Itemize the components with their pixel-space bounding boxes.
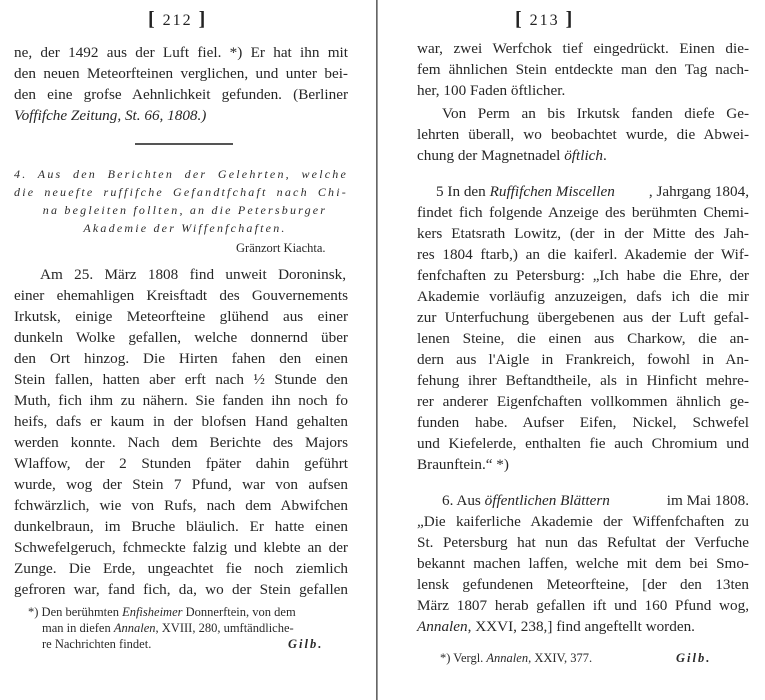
text-line: werden konnte. Nach dem Berichte des Maj… [14,432,348,453]
text-line: „Die kaiferliche Akademie der Wiffenfcha… [417,511,749,532]
place-line: Gränzort Kiachta. [236,240,326,256]
text-line: Zunge. Die Erde, ungeachtet fie noch zie… [14,558,348,579]
text-line: war, zwei Werfchok tief eingedrückt. Ein… [417,38,749,59]
text-line: lensk gefundenen Meteorfteine, [der den … [417,574,749,595]
text-line: chung der Magnetnadel öftlich. [417,145,607,166]
text-line: Akademie vorläufig anzuzeigen, dafs ich … [417,286,749,307]
text-line: findet fich folgende Anzeige des berühmt… [417,202,749,223]
text-line: dunkelbraun, im Bruche bläulich. Er hatt… [14,516,348,537]
text-line: fem ähnlichen Stein entdeckte man den Ta… [417,59,749,80]
text-line: Am 25. März 1808 find unweit Doroninsk, [40,264,346,285]
book-gutter [376,0,378,700]
text-line: einer ehemahligen Kreisftadt des Gouvern… [14,285,348,306]
footnote-line: *) Den berühmten Enfisheimer Donnerftein… [28,604,296,620]
text-line: Stein fallen, hatten aber erft nach ½ St… [14,369,348,390]
text-line: fenfchaften zu Petersburg: „Ich habe die… [417,265,749,286]
text-line: 5 In den Ruffifchen Miscellen, Jahrgang … [436,181,749,202]
footnote-line: *) Vergl. Annalen, XXIV, 377. [440,650,592,666]
text-line: lehrten überall, wo beobachtet wurde, di… [417,124,749,145]
right-page: [ 213 ] war, zwei Werfchok tief eingedrü… [380,0,765,700]
text-line: her, 100 Faden öftlicher. [417,80,565,101]
page-number-left: [ 212 ] [148,8,207,31]
text-line: Annalen, XXVI, 238,] find angeftellt wor… [417,616,749,637]
text-line: ne, der 1492 aus der Luft fiel. *) Er ha… [14,42,348,63]
text-line: fchwärzlich, wie von Rufs, nach dem Abwi… [14,495,348,516]
text-line: 6. Aus öffentlichen Blättern im Mai 1808… [442,490,749,511]
text-line: März 1807 herab gefallen ift und 160 Pfu… [417,595,749,616]
text-line: lenen Steine, die einen aus Charkow, die… [417,328,749,349]
page-number-right: [ 213 ] [515,8,574,31]
text-line: gefroren war, fand fich, da, wo der Stei… [14,579,348,600]
section-divider [135,143,233,145]
footnote-signature: Gilb. [676,650,711,666]
footnote-line: man in diefen Annalen, XVIII, 280, umftä… [42,620,294,636]
text-line: rer anderer Eigenfchaften vollkommen ähn… [417,391,749,412]
text-line: kers Etatsrath Lowitz, (der in der Mitte… [417,223,749,244]
section-heading-line: Akademie der Wiffenfchaften. [30,219,340,237]
section-heading-line: na begleiten follten, an die Petersburge… [30,201,340,219]
text-line: funden habe. Aufser Eifen, Nickel, Schwe… [417,412,749,433]
text-line: und Kiefelerde, enthalten fie auch Chrom… [417,433,749,454]
section-heading-line: 4. Aus den Berichten der Gelehrten, welc… [14,165,348,183]
left-page: [ 212 ] ne, der 1492 aus der Luft fiel. … [0,0,378,700]
footnote-signature: Gilb. [288,636,323,652]
text-line: Voffifche Zeitung, St. 66, 1808.) [14,105,206,126]
text-line: Von Perm an bis Irkutsk fanden diefe Ge- [442,103,749,124]
footnote-line: re Nachrichten findet. [42,636,151,652]
text-line: Braunftein.“ *) [417,454,509,475]
text-line: dern aus l'Aigle in Frankreich, fowohl i… [417,349,749,370]
text-line: Schwefelgeruch, fchmeckte falzig und kle… [14,537,348,558]
text-line: fehung ihrer Beftandtheile, als in Hinfi… [417,370,749,391]
text-line: St. Petersburg hat nun das Refultat der … [417,532,749,553]
text-line: zur Unterfuchung übergebenen aus der Luf… [417,307,749,328]
text-line: den eine grofse Aehnlichkeit gefunden. (… [14,84,348,105]
text-line: wurde, wog der Stein 7 Pfund, war von au… [14,474,348,495]
text-line: bekannt machen laffen, welche mit dem be… [417,553,749,574]
text-line: res 1804 ftarb,) an die kaiferl. Akademi… [417,244,749,265]
text-line: Wlaffow, der 2 Stunden fpäter dahin gefü… [14,453,348,474]
text-line: dunkeln Wolke gefallen, welche donnernd … [14,327,348,348]
section-heading-line: die neuefte ruffifche Gefandtfchaft nach… [14,183,348,201]
text-line: den Ort hinzog. Die Hirten fahen den ein… [14,348,348,369]
text-line: heifs, dafs er kaum in der blofsen Hand … [14,411,348,432]
text-line: den neuen Meteorfteinen verglichen, und … [14,63,348,84]
text-line: Muth, fich ihm zu nähern. Sie fanden ihn… [14,390,348,411]
text-line: Irkutsk, einige Meteorfteine glühend aus… [14,306,348,327]
